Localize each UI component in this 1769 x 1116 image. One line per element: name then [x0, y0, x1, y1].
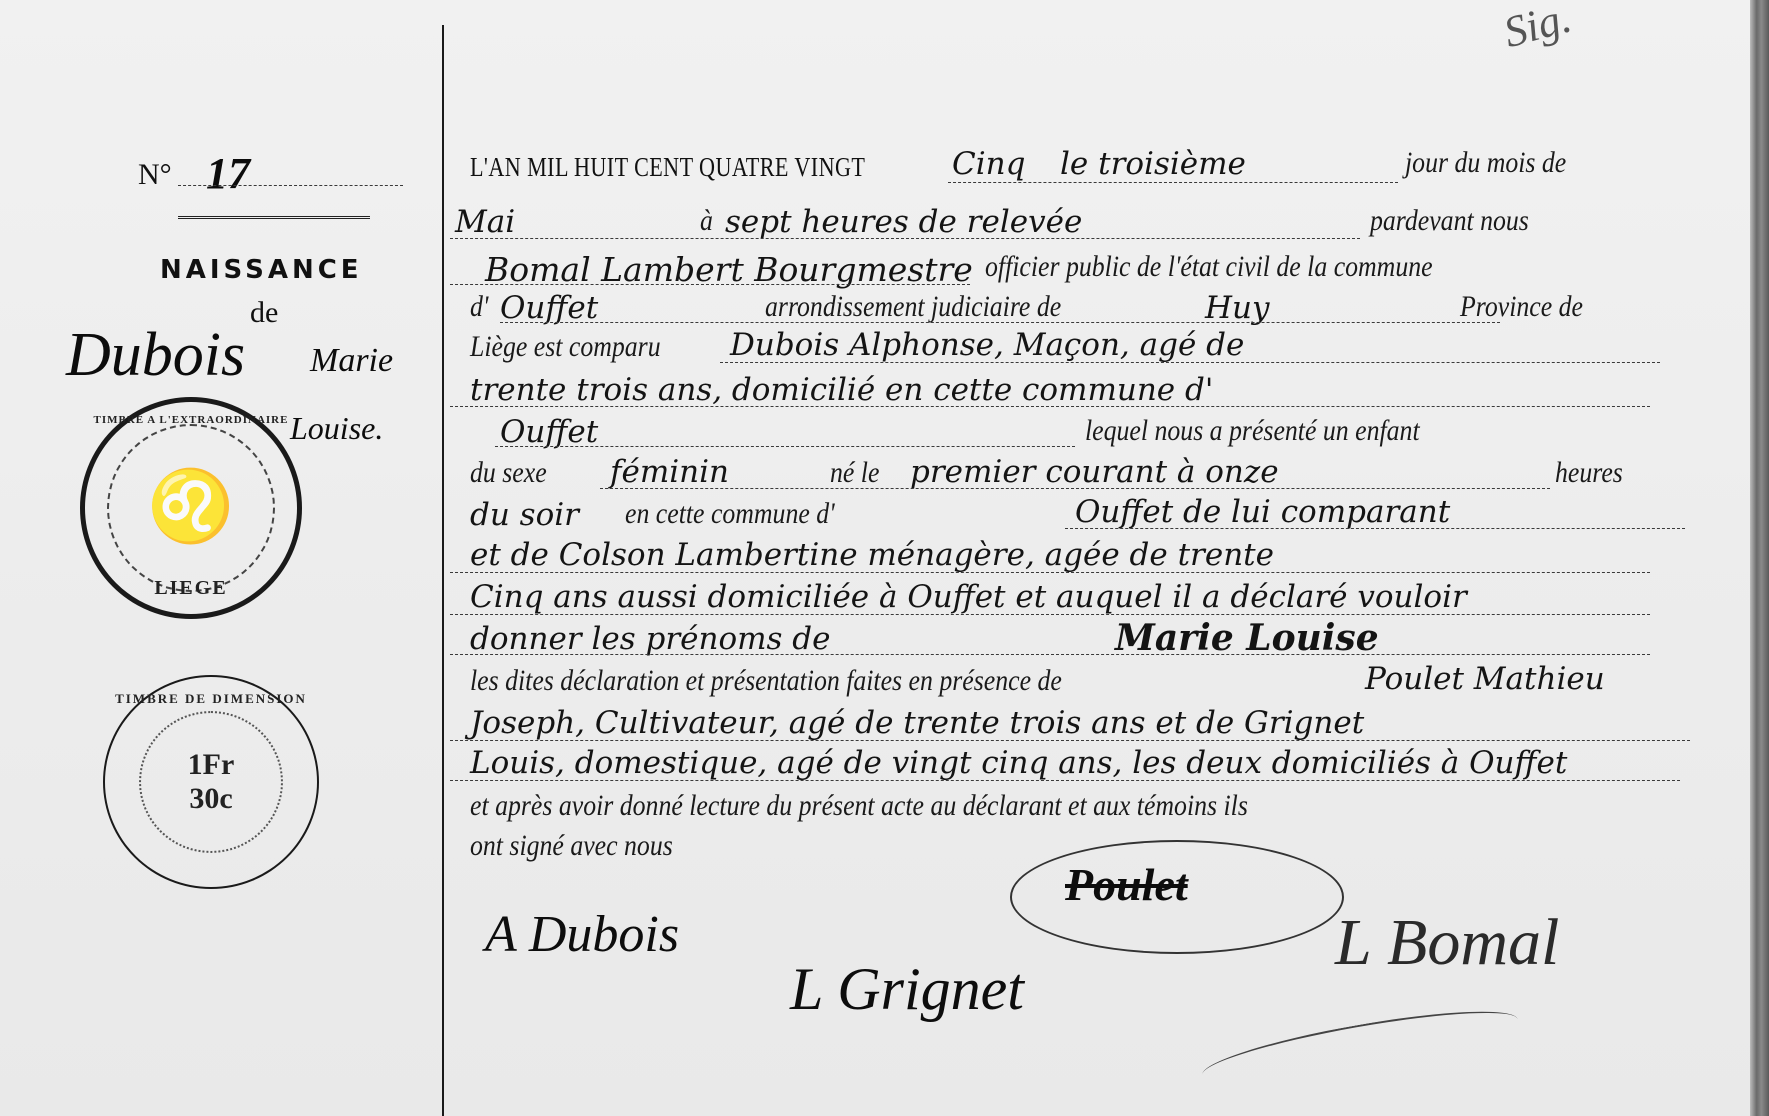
- number-rule: [178, 185, 403, 186]
- fill-rule: [450, 740, 1690, 741]
- filled-commune: Ouffet: [500, 290, 598, 326]
- printed-appeared: Liège est comparu: [470, 330, 661, 364]
- printed-presented-child: lequel nous a présenté un enfant: [1085, 414, 1420, 448]
- fill-rule: [450, 780, 1680, 781]
- filled-time: sept heures de relevée: [725, 204, 1082, 240]
- number-double-rule: [178, 216, 370, 219]
- fill-rule: [450, 284, 970, 285]
- binding-edge: [1750, 0, 1769, 1116]
- record-type-title: NAISSANCE: [160, 255, 363, 285]
- filled-evening: du soir: [470, 497, 579, 533]
- fill-rule: [720, 362, 1660, 363]
- margin-divider-line: [442, 25, 444, 1116]
- filled-declarant: Dubois Alphonse, Maçon, agé de: [730, 327, 1244, 363]
- filled-birth-date-time: premier courant à onze: [910, 454, 1279, 490]
- fill-rule: [600, 488, 1550, 489]
- record-type-de: de: [250, 296, 278, 330]
- printed-before-us: pardevant nous: [1370, 204, 1529, 238]
- printed-of: d': [470, 290, 488, 324]
- fill-rule: [1065, 528, 1685, 529]
- dimension-tax-stamp: TIMBRE DE DIMENSION 1Fr 30c: [103, 675, 319, 889]
- printed-witness-clause: les dites déclaration et présentation fa…: [470, 664, 1062, 698]
- seal-inner-ring: [107, 424, 275, 592]
- printed-year-prefix: L'AN MIL HUIT CENT QUATRE VINGT: [470, 152, 865, 183]
- printed-sex: du sexe: [470, 456, 547, 490]
- filled-witness-1-name: Poulet Mathieu: [1365, 661, 1605, 697]
- tax-stamp-ring-text: TIMBRE DE DIMENSION: [115, 691, 307, 707]
- filled-domicile: Ouffet: [500, 414, 598, 450]
- seal-ring-text: TIMBRE A L'EXTRAORDINAIRE: [94, 414, 289, 426]
- filled-district: Huy: [1205, 290, 1270, 326]
- subject-surname: Dubois: [66, 320, 245, 391]
- fill-rule: [495, 446, 1075, 447]
- printed-in-commune: en cette commune d': [625, 497, 835, 531]
- fill-rule: [450, 614, 1650, 615]
- filled-sex: féminin: [610, 454, 729, 490]
- filled-day: le troisième: [1060, 146, 1246, 182]
- printed-judicial-district: arrondissement judiciaire de: [765, 290, 1061, 324]
- extraordinary-stamp-seal: ♌ LIEGE TIMBRE A L'EXTRAORDINAIRE: [80, 397, 302, 619]
- filled-given-names: Marie Louise: [1115, 617, 1379, 659]
- entry-number-value: 17: [206, 148, 250, 199]
- filled-give-names: donner les prénoms de: [470, 621, 830, 657]
- printed-day-of-month: jour du mois de: [1405, 146, 1566, 180]
- printed-at: à: [700, 204, 713, 238]
- filled-mother-age-domicile: Cinq ans aussi domiciliée à Ouffet et au…: [470, 579, 1467, 615]
- fill-rule: [500, 322, 1500, 323]
- wreath-ring: [139, 711, 283, 853]
- filled-witness-1-details: Joseph, Cultivateur, agé de trente trois…: [470, 705, 1364, 741]
- fill-rule: [450, 572, 1650, 573]
- fill-rule: [948, 182, 1398, 183]
- subject-given-name-1: Marie: [310, 342, 393, 380]
- filled-birthplace-father: Ouffet de lui comparant: [1075, 494, 1450, 530]
- signature-witness-1: Poulet: [1065, 858, 1188, 911]
- subject-given-name-2: Louise.: [290, 410, 383, 447]
- signature-witness-2: L Grignet: [790, 955, 1024, 1024]
- printed-province: Province de: [1460, 290, 1583, 324]
- signature-declarant: A Dubois: [485, 905, 679, 964]
- filled-year: Cinq: [952, 146, 1025, 182]
- fill-rule: [450, 406, 1650, 407]
- printed-officer-title: officier public de l'état civil de la co…: [985, 250, 1433, 284]
- filled-month: Mai: [455, 204, 515, 240]
- printed-reading-clause: et après avoir donné lecture du présent …: [470, 789, 1248, 823]
- entry-number-label: N°: [138, 158, 172, 192]
- printed-born: né le: [830, 456, 879, 490]
- filled-witness-2-details: Louis, domestique, agé de vingt cinq ans…: [470, 745, 1567, 781]
- filled-mother: et de Colson Lambertine ménagère, agée d…: [470, 537, 1274, 573]
- fill-rule: [450, 238, 1360, 239]
- printed-signed-with-us: ont signé avec nous: [470, 829, 673, 863]
- filled-declarant-age-domicile: trente trois ans, domicilié en cette com…: [470, 372, 1213, 408]
- printed-hours: heures: [1555, 456, 1623, 490]
- seal-city-text: LIEGE: [154, 577, 227, 600]
- fill-rule: [450, 654, 1650, 655]
- signature-officer: L Bomal: [1335, 905, 1559, 981]
